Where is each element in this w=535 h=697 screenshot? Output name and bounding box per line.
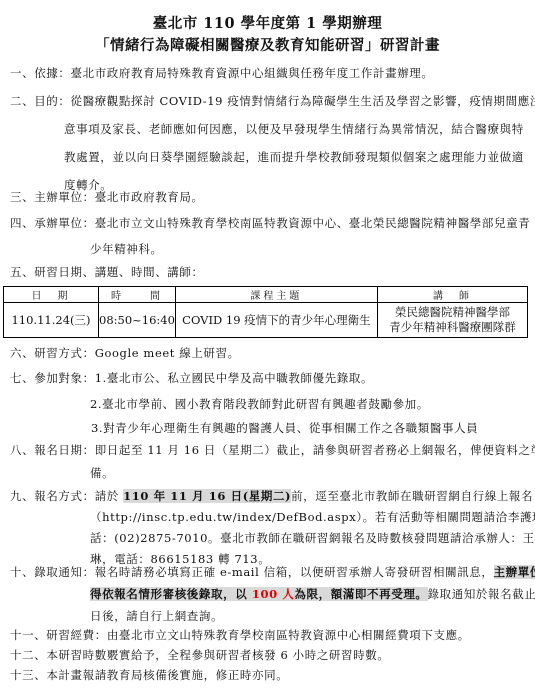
cell-topic: COVID 19 疫情下的青少年心理衛生 <box>175 303 377 338</box>
deadline-highlight: 110 年 11 月 16 日(星期二) <box>123 489 291 503</box>
section-text: 從醫療觀點探討 COVID-19 疫情對情緒行為障礙學生生活及學習之影響，疫情期… <box>71 94 535 108</box>
section-host: 四、承辦單位：臺北市立文山特殊教育學校南區特教資源中心、臺北榮民總醫院精神醫學部… <box>10 215 530 231</box>
table-header-row: 日 期 時 間 課程主題 講 師 <box>4 287 528 303</box>
header-lecturer: 講 師 <box>377 287 527 303</box>
section-registration-method: 九、報名方式：請於 110 年 11 月 16 日(星期二)前，逕至臺北市教師在… <box>10 488 533 504</box>
section-text: 報名時請務必填寫正確 e-mail 信箱，以便研習承辦人寄發研習相關訊息， <box>95 565 494 579</box>
section-label: 九、報名方式： <box>10 489 95 503</box>
section-text: 1.臺北市公、私立國民中學及高中職教師優先錄取。 <box>95 371 373 385</box>
section-label: 六、研習方式： <box>10 346 95 360</box>
section-schedule-label: 五、研習日期、講題、時間、講師： <box>10 264 204 280</box>
section-label: 十、錄取通知： <box>10 565 95 579</box>
header-date: 日 期 <box>4 287 99 303</box>
emphasis-text: 主辦單位 <box>494 565 535 579</box>
section-label: 八、報名日期： <box>10 443 95 457</box>
section-hours: 十二、本研習時數覈實給予，全程參與研習者核發 6 小時之研習時數。 <box>10 647 389 663</box>
section-organizer: 三、主辦單位：臺北市政府教育局。 <box>10 189 204 205</box>
section-text: 由臺北市立文山特殊教育學校南區特教資源中心相關經費項下支應。 <box>107 628 470 642</box>
document-title-line1: 臺北市 110 學年度第 1 學期辦理 <box>0 12 535 33</box>
section-text: 臺北市政府教育局。 <box>95 190 204 204</box>
section-text: 本研習時數覈實給予，全程參與研習者核發 6 小時之研習時數。 <box>46 648 389 662</box>
section-text: 即日起至 11 月 16 日（星期二）截止，請參與研習者務必上網報名，俾便資料之… <box>95 443 535 457</box>
section-label: 一、依據： <box>10 66 71 80</box>
section-label: 十一、研習經費： <box>10 628 107 642</box>
emphasis-text: 為限，額滿即不再受理。 <box>294 587 427 601</box>
section-purpose-line2: 意事項及家長、老師應如何因應，以便及早發現學生情緒行為異常情況，結合醫療與特 <box>64 121 524 137</box>
section-purpose-line3: 教處置，並以向日葵學園經驗談起，進而提升學校教師發現類似個案之處理能力並做適 <box>64 149 524 165</box>
section-label: 七、參加對象： <box>10 371 95 385</box>
section-host-line2: 少年精神科。 <box>90 241 163 257</box>
section-registration-date-line2: 備。 <box>90 465 114 481</box>
registration-url-line[interactable]: （http://insc.tp.edu.tw/index/DefBod.aspx… <box>90 509 535 525</box>
section-text: 臺北市立文山特殊教育學校南區特教資源中心、臺北榮民總醫院精神醫學部兒童青 <box>95 216 531 230</box>
lecturer-line1: 榮民總醫院精神醫學部 <box>378 305 527 320</box>
schedule-table: 日 期 時 間 課程主題 講 師 110.11.24(三) 08:50~16:4… <box>3 286 528 338</box>
section-label: 三、主辦單位： <box>10 190 95 204</box>
section-approval: 十三、本計畫報請教育局核備後實施，修正時亦同。 <box>10 667 288 683</box>
section-label: 十三、 <box>10 668 46 682</box>
section-method: 六、研習方式：Google meet 線上研習。 <box>10 345 240 361</box>
emphasis-text: 得依報名情形審核後錄取，以 <box>90 587 252 601</box>
cell-lecturer: 榮民總醫院精神醫學部 青少年精神科醫療團隊群 <box>377 303 527 338</box>
section-audience-line2: 2.臺北市學前、國小教育階段教師對此研習有興趣者鼓勵參加。 <box>90 396 429 412</box>
section-audience-line3: 3.對青少年心理衛生有興趣的醫護人員、從事相關工作之各職類醫事人員 <box>91 420 478 436</box>
section-admission-notice: 十、錄取通知：報名時請務必填寫正確 e-mail 信箱，以便研習承辦人寄發研習相… <box>10 564 535 580</box>
cell-time: 08:50~16:40 <box>99 303 176 338</box>
lecturer-line2: 青少年精神科醫療團隊群 <box>378 320 527 335</box>
section-registration-method-line3: 話：(02)2875-7010。臺北市教師在職研習網報名及時數核發問題請洽承辦人… <box>90 530 535 546</box>
section-basis: 一、依據：臺北市政府教育局特殊教育資源中心組織與任務年度工作計畫辦理。 <box>10 65 434 81</box>
section-text: 臺北市政府教育局特殊教育資源中心組織與任務年度工作計畫辦理。 <box>71 66 434 80</box>
text-post: 前，逕至臺北市教師在職研習網自行線上報名 <box>291 489 533 503</box>
section-admission-notice-line2: 得依報名情形審核後錄取，以 100 人為限，額滿即不再受理。錄取通知於報名截止 <box>90 586 535 602</box>
section-audience: 七、參加對象：1.臺北市公、私立國民中學及高中職教師優先錄取。 <box>10 370 373 386</box>
section-registration-date: 八、報名日期：即日起至 11 月 16 日（星期二）截止，請參與研習者務必上網報… <box>10 442 535 458</box>
cell-date: 110.11.24(三) <box>4 303 99 338</box>
section-text: 錄取通知於報名截止 <box>428 587 535 601</box>
section-label: 十二、 <box>10 648 46 662</box>
section-label: 四、承辦單位： <box>10 216 95 230</box>
document-title-line2: 「情緒行為障礙相關醫療及教育知能研習」研習計畫 <box>0 34 535 55</box>
header-topic: 課程主題 <box>175 287 377 303</box>
section-text: Google meet 線上研習。 <box>95 346 240 360</box>
section-label: 二、目的： <box>10 94 71 108</box>
capacity-limit: 100 人 <box>252 587 295 601</box>
section-purpose: 二、目的：從醫療觀點探討 COVID-19 疫情對情緒行為障礙學生生活及學習之影… <box>10 93 535 109</box>
section-funding: 十一、研習經費：由臺北市立文山特殊教育學校南區特教資源中心相關經費項下支應。 <box>10 627 470 643</box>
table-row: 110.11.24(三) 08:50~16:40 COVID 19 疫情下的青少… <box>4 303 528 338</box>
section-admission-notice-line3: 日後，請自行上網查詢。 <box>90 608 223 624</box>
text-pre: 請於 <box>95 489 123 503</box>
header-time: 時 間 <box>99 287 176 303</box>
section-text: 本計畫報請教育局核備後實施，修正時亦同。 <box>46 668 288 682</box>
